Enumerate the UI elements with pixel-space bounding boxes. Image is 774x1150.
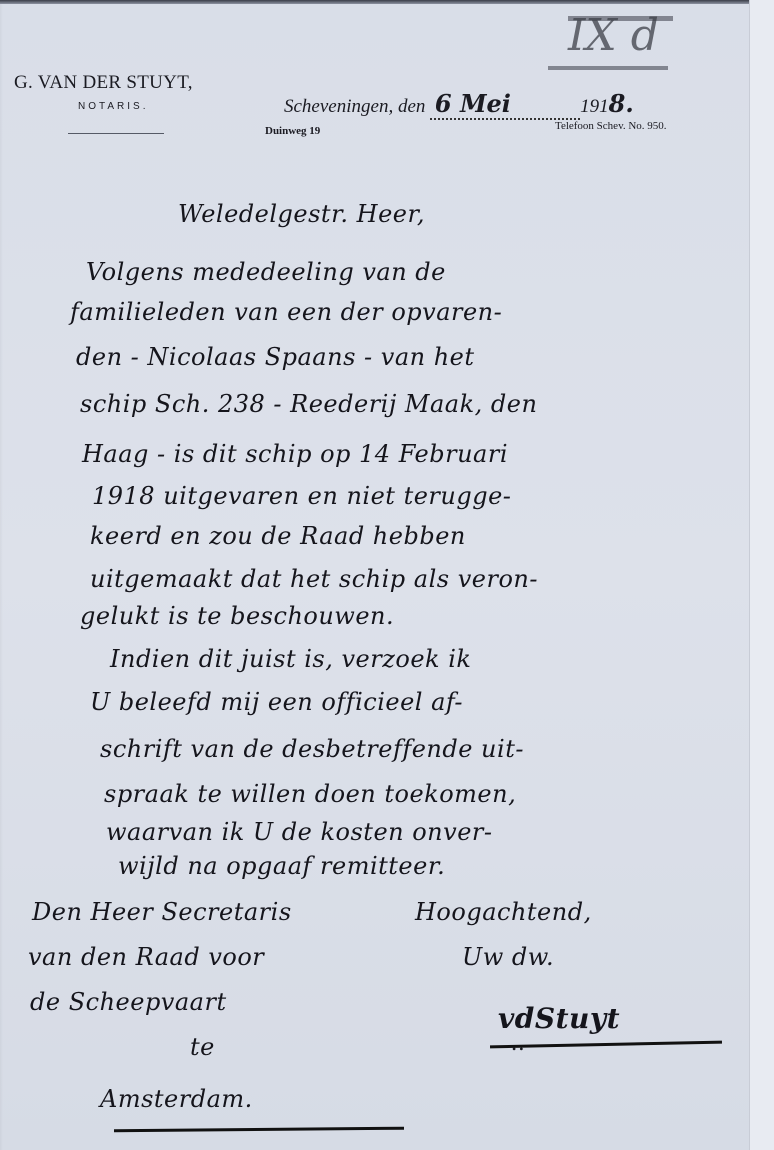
year-handwritten: 8. xyxy=(609,89,634,118)
body-line: wijld na opgaaf remitteer. xyxy=(118,852,445,880)
letterhead-address: Duinweg 19 xyxy=(265,125,320,137)
body-line: den - Nicolaas Spaans - van het xyxy=(76,343,475,371)
body-line: spraak te willen doen toekomen, xyxy=(104,780,516,808)
body-line: uitgemaakt dat het schip als veron- xyxy=(90,565,538,593)
letterhead-divider xyxy=(68,133,164,134)
scan-right-margin xyxy=(749,0,774,1150)
date-handwritten: 6 Mei xyxy=(435,89,511,118)
body-line: Indien dit juist is, verzoek ik xyxy=(110,645,471,673)
place-date-line: Scheveningen, den 6 Mei1918. xyxy=(284,89,634,120)
letterhead-title: NOTARIS. xyxy=(78,101,148,112)
letterhead-name: G. VAN DER STUYT, xyxy=(14,72,193,94)
addressee-line: te xyxy=(190,1033,215,1061)
addressee-line: van den Raad voor xyxy=(28,943,264,971)
salutation: Weledelgestr. Heer, xyxy=(178,200,425,228)
body-line: keerd en zou de Raad hebben xyxy=(90,522,466,550)
archive-mark: IX d xyxy=(568,10,659,61)
letterhead-telephone: Telefoon Schev. No. 950. xyxy=(555,120,667,132)
year-printed: 191 xyxy=(580,96,609,117)
signature-underline xyxy=(490,1041,722,1049)
closing-greeting: Hoogachtend, xyxy=(415,898,592,926)
body-line: 1918 uitgevaren en niet terugge- xyxy=(92,482,511,510)
body-line: Volgens mededeeling van de xyxy=(86,258,446,286)
body-line: Haag - is dit schip op 14 Februari xyxy=(82,440,508,468)
letter-page: IX d G. VAN DER STUYT, NOTARIS. Scheveni… xyxy=(0,0,774,1150)
body-line: waarvan ik U de kosten onver- xyxy=(106,818,492,846)
date-field: 6 Mei xyxy=(430,89,580,120)
scan-top-edge xyxy=(0,0,750,4)
body-line: schip Sch. 238 - Reederij Maak, den xyxy=(80,390,537,418)
place-prefix: Scheveningen, den xyxy=(284,96,425,117)
closing-greeting: Uw dw. xyxy=(462,943,554,971)
addressee-underline xyxy=(114,1127,404,1133)
addressee-line: de Scheepvaart xyxy=(30,988,227,1016)
body-line: schrift van de desbetreffende uit- xyxy=(100,735,524,763)
body-line: U beleefd mij een officieel af- xyxy=(90,688,463,716)
archive-mark-underline xyxy=(548,66,668,70)
addressee-line: Den Heer Secretaris xyxy=(32,898,292,926)
body-line: gelukt is te beschouwen. xyxy=(80,602,394,630)
body-line: familieleden van een der opvaren- xyxy=(70,298,502,326)
signature: vdStuyt xyxy=(498,1002,620,1035)
addressee-city: Amsterdam. xyxy=(100,1085,253,1113)
